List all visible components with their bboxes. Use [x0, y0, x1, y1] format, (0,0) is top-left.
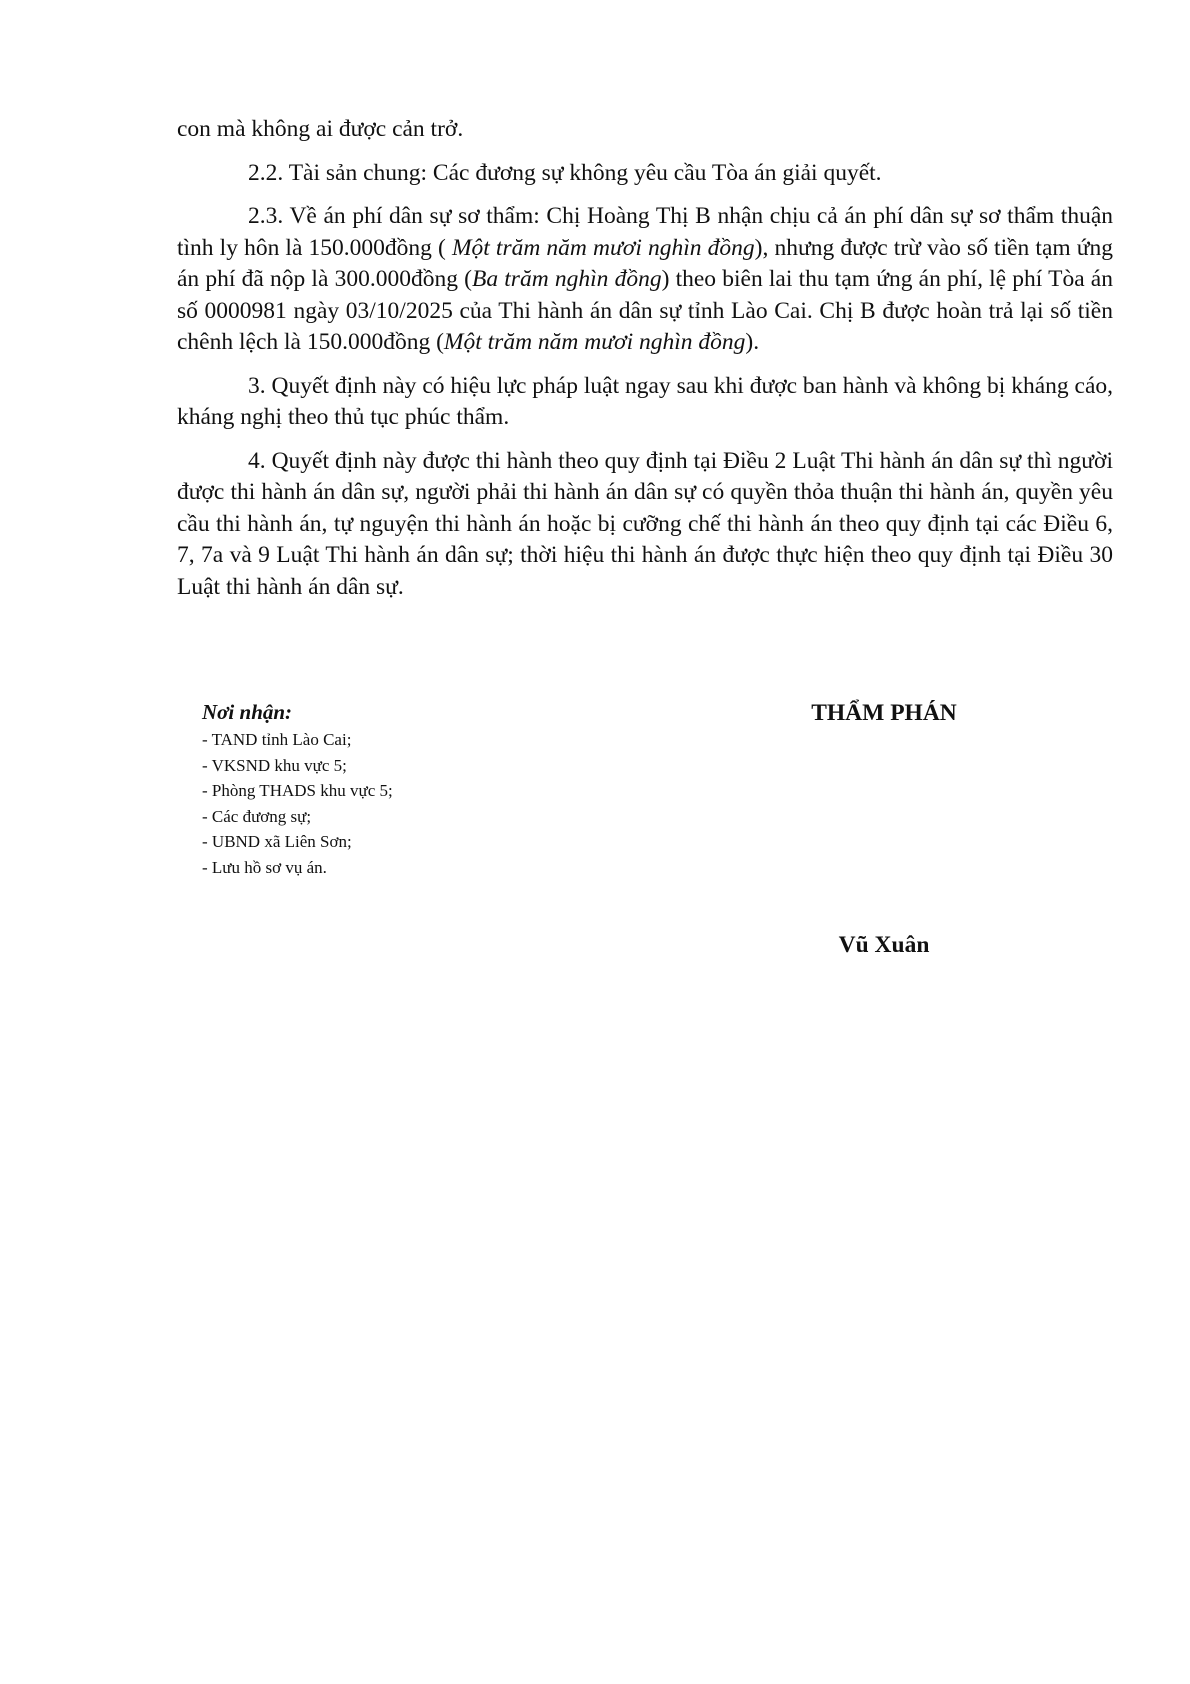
recipients-title: Nơi nhận: [202, 699, 562, 725]
recipients-list: - TAND tỉnh Lào Cai; - VKSND khu vực 5; … [202, 727, 562, 880]
paragraph-3: 3. Quyết định này có hiệu lực pháp luật … [177, 371, 1113, 434]
paragraph-text: ). [745, 329, 759, 355]
paragraph-2-3: 2.3. Về án phí dân sự sơ thẩm: Chị Hoàng… [177, 201, 1113, 359]
italic-amount-text: Ba trăm nghìn đồng [472, 266, 662, 292]
paragraph-text: 4. Quyết định này được thi hành theo quy… [177, 448, 1113, 600]
recipient-item: - VKSND khu vực 5; [202, 753, 562, 779]
paragraph-cont: con mà không ai được cản trở. [177, 114, 1113, 146]
recipient-item: - Lưu hồ sơ vụ án. [202, 855, 562, 881]
recipient-item: - UBND xã Liên Sơn; [202, 829, 562, 855]
paragraph-text: 2.2. Tài sản chung: Các đương sự không y… [248, 160, 882, 186]
signature-role: THẨM PHÁN [734, 697, 1034, 729]
italic-amount-text: Một trăm năm mươi nghìn đồng [452, 235, 755, 261]
recipient-item: - Phòng THADS khu vực 5; [202, 778, 562, 804]
document-body: con mà không ai được cản trở.2.2. Tài sả… [177, 114, 1113, 615]
signature-name: Vũ Xuân [734, 929, 1034, 961]
italic-amount-text: Một trăm năm mươi nghìn đồng [444, 329, 745, 355]
recipient-item: - TAND tỉnh Lào Cai; [202, 727, 562, 753]
paragraph-text: 3. Quyết định này có hiệu lực pháp luật … [177, 373, 1113, 431]
recipients-block: Nơi nhận: - TAND tỉnh Lào Cai; - VKSND k… [202, 699, 562, 880]
paragraph-text: con mà không ai được cản trở. [177, 116, 463, 142]
paragraph-4: 4. Quyết định này được thi hành theo quy… [177, 446, 1113, 604]
paragraph-2-2: 2.2. Tài sản chung: Các đương sự không y… [177, 158, 1113, 190]
recipient-item: - Các đương sự; [202, 804, 562, 830]
